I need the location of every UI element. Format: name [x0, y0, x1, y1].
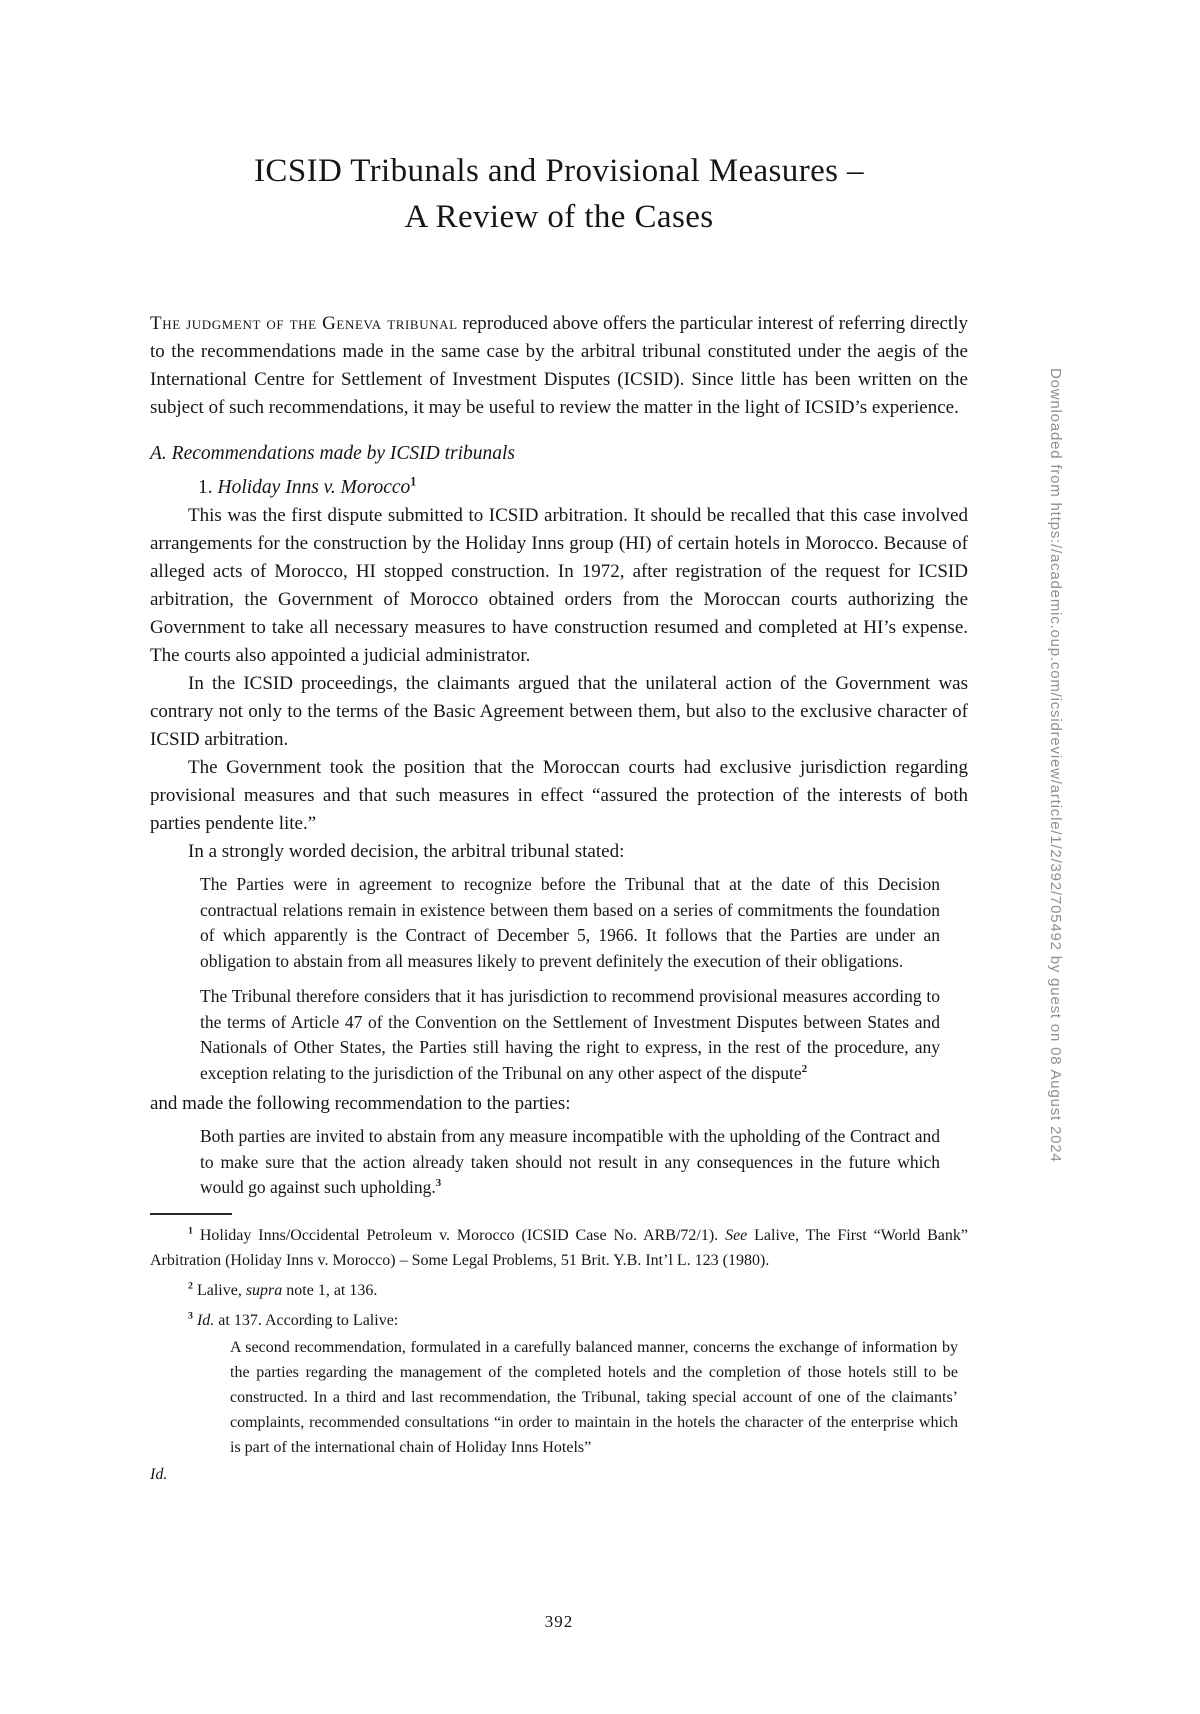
section-a-heading: A. Recommendations made by ICSID tribuna…: [150, 440, 968, 468]
footnote-1-marker: 1: [188, 1225, 193, 1236]
case-1-number: 1.: [198, 477, 218, 498]
footnote-2-supra: supra: [246, 1282, 282, 1299]
footnote-2-text-post: note 1, at 136.: [282, 1282, 377, 1299]
footnote-1-text-pre: Holiday Inns/Occidental Petroleum v. Mor…: [200, 1227, 725, 1244]
article-title-line-1: ICSID Tribunals and Provisional Measures…: [254, 153, 864, 189]
paragraph-claimants-argument: In the ICSID proceedings, the claimants …: [150, 670, 968, 754]
footnotes-section: 1 Holiday Inns/Occidental Petroleum v. M…: [150, 1223, 968, 1487]
footnote-1-see: See: [725, 1227, 747, 1244]
blockquote-recommendation: Both parties are invited to abstain from…: [200, 1124, 940, 1201]
blockquote-recommendation-text: Both parties are invited to abstain from…: [200, 1126, 940, 1197]
page-number: 392: [150, 1612, 968, 1632]
intro-lead-smallcaps: The judgment of the Geneva tribunal: [150, 313, 458, 334]
article-title: ICSID Tribunals and Provisional Measures…: [150, 148, 968, 240]
footnote-2-marker: 2: [188, 1280, 193, 1291]
article-column: ICSID Tribunals and Provisional Measures…: [150, 148, 968, 1487]
footnote-ref-1: 1: [410, 475, 416, 489]
footnote-3-closing: Id.: [150, 1462, 968, 1487]
footnote-ref-3: 3: [436, 1177, 441, 1189]
intro-paragraph: The judgment of the Geneva tribunal repr…: [150, 310, 968, 422]
case-1-heading: 1. Holiday Inns v. Morocco1: [150, 474, 968, 502]
footnote-divider: [150, 1213, 232, 1215]
paragraph-recommendation-intro: and made the following recommendation to…: [150, 1090, 968, 1118]
blockquote-jurisdiction-text: The Tribunal therefore considers that it…: [200, 986, 940, 1083]
paragraph-holiday-inns-facts: This was the first dispute submitted to …: [150, 502, 968, 670]
download-watermark-sidebar: Downloaded from https://academic.oup.com…: [1047, 368, 1064, 1163]
case-1-title: Holiday Inns v. Morocco: [218, 477, 411, 498]
footnote-2-text-pre: Lalive,: [197, 1282, 246, 1299]
document-page: ICSID Tribunals and Provisional Measures…: [0, 0, 1200, 1714]
blockquote-tribunal-jurisdiction: The Tribunal therefore considers that it…: [200, 984, 940, 1086]
footnote-3-quote: A second recommendation, formulated in a…: [230, 1335, 958, 1460]
paragraph-decision-intro: In a strongly worded decision, the arbit…: [150, 838, 968, 866]
footnote-3-marker: 3: [188, 1310, 193, 1321]
footnote-1: 1 Holiday Inns/Occidental Petroleum v. M…: [150, 1223, 968, 1273]
footnote-3-id: Id.: [197, 1312, 214, 1329]
article-title-line-2: A Review of the Cases: [404, 199, 713, 235]
footnote-2: 2 Lalive, supra note 1, at 136.: [150, 1278, 968, 1303]
footnote-ref-2: 2: [802, 1063, 807, 1075]
blockquote-tribunal-agreement: The Parties were in agreement to recogni…: [200, 872, 940, 974]
paragraph-government-position: The Government took the position that th…: [150, 754, 968, 838]
footnote-3-text: at 137. According to Lalive:: [214, 1312, 398, 1329]
footnote-3: 3 Id. at 137. According to Lalive:: [150, 1308, 968, 1333]
